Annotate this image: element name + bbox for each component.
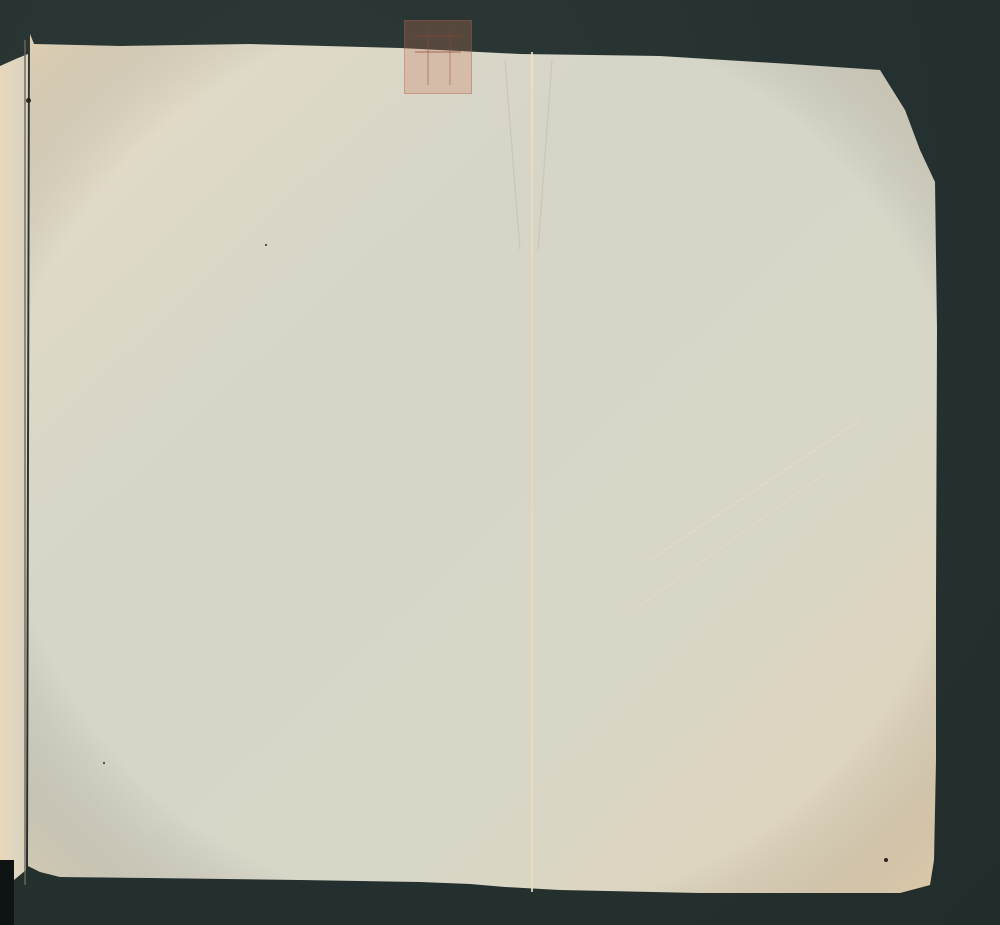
binding-hole	[26, 98, 31, 103]
page-edge-line	[24, 40, 26, 885]
center-fold-crease	[531, 52, 533, 892]
ink-speck	[884, 858, 888, 862]
book-spine-shadow	[0, 860, 14, 925]
paper-sheets	[0, 0, 1000, 925]
ink-speck	[265, 244, 267, 246]
ink-speck	[103, 762, 105, 764]
red-seal-stamp	[404, 20, 472, 94]
scanned-page-view	[0, 0, 1000, 925]
